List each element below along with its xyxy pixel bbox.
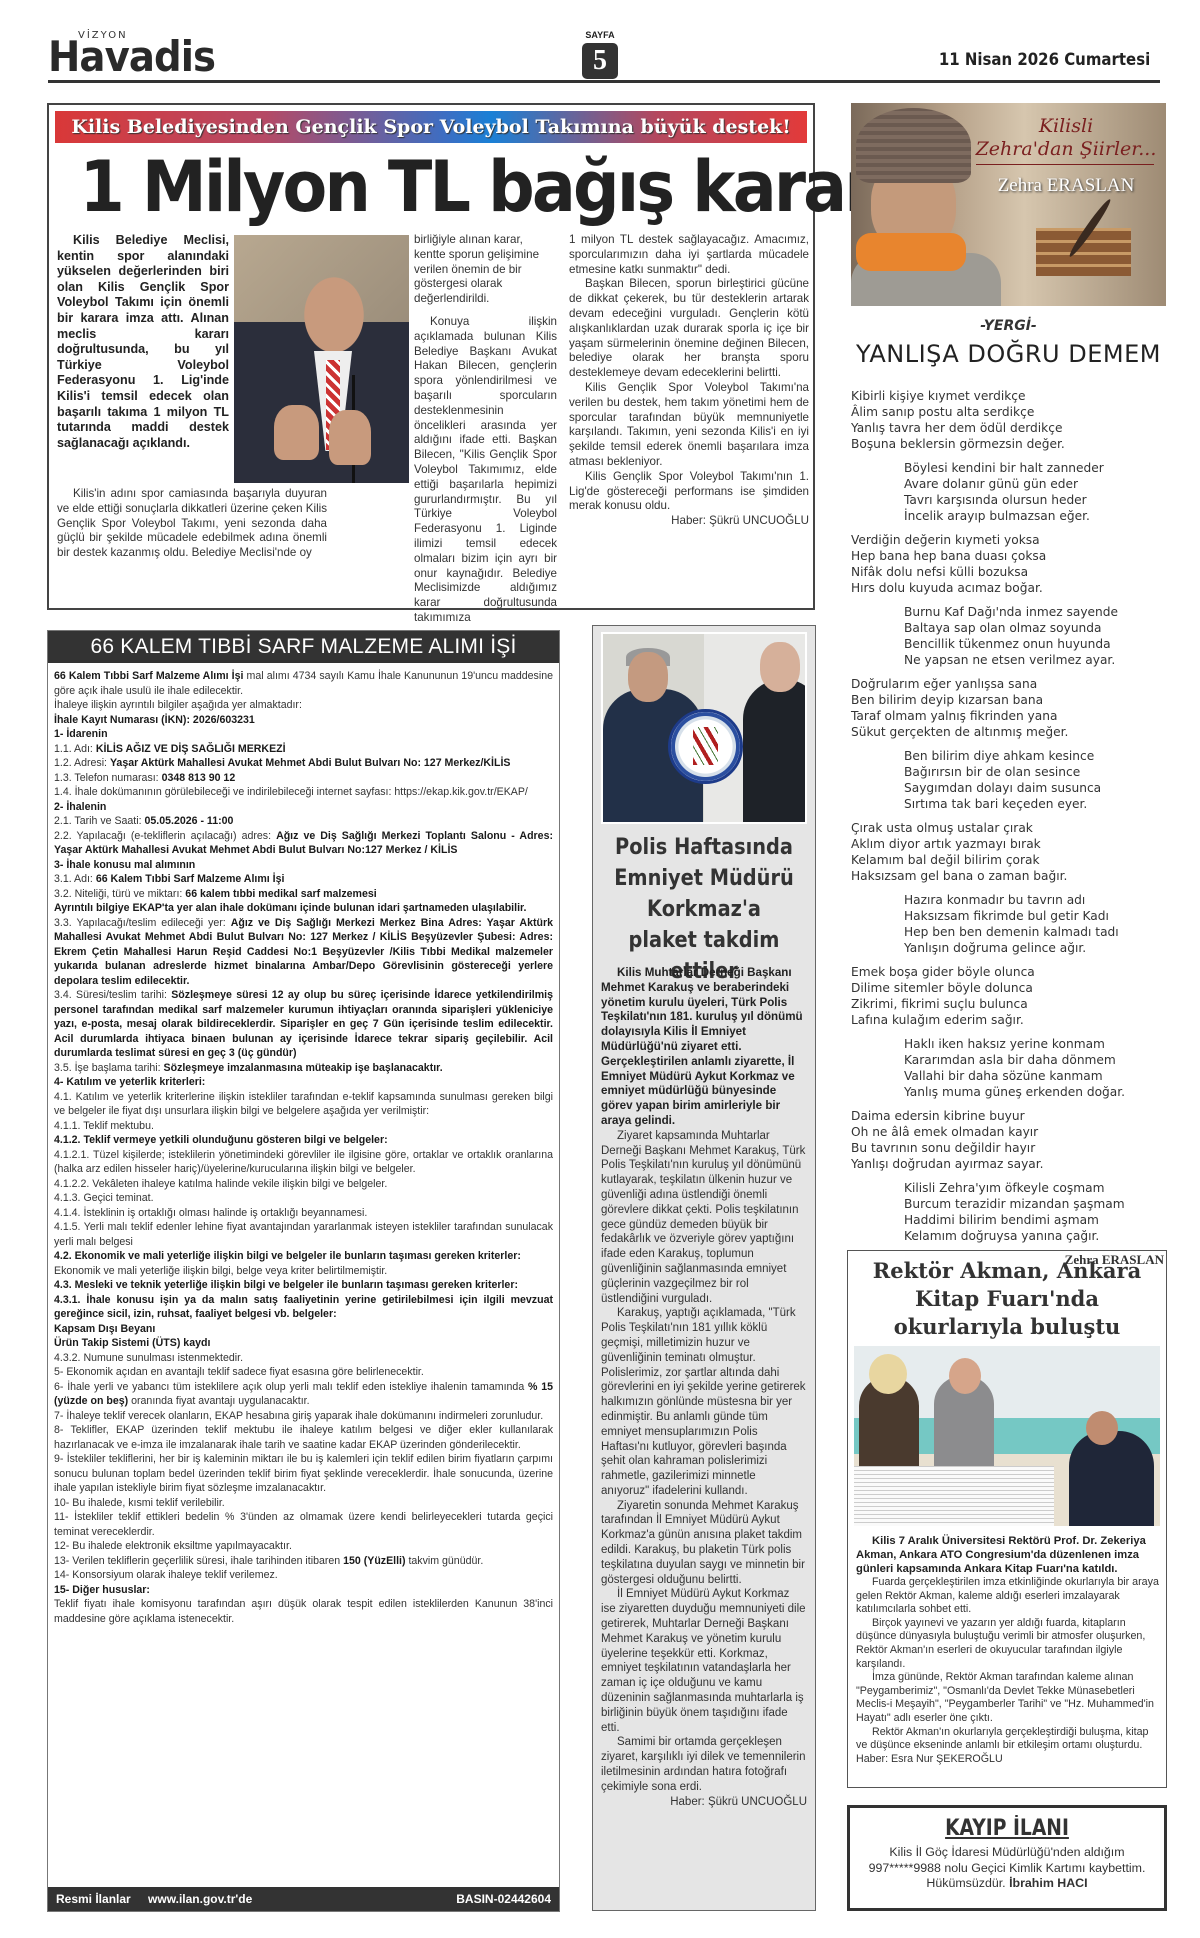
poem-line: Avare dolanır günü gün eder (904, 476, 1166, 492)
legal-text-segment: 4- Katılım ve yeterlik kriterleri: (54, 1076, 205, 1088)
poem-stanza: Hazıra konmadır bu tavrın adıHaksızsam f… (851, 892, 1166, 956)
legal-notice-line: 4- Katılım ve yeterlik kriterleri: (54, 1075, 553, 1090)
legal-notice-line: 4.1.4. İsteklinin iş ortaklığı olması ha… (54, 1206, 553, 1221)
legal-notice-line: 3.2. Niteliği, türü ve miktarı: 66 kalem… (54, 887, 553, 902)
logo-text: Havadis (48, 32, 215, 81)
legal-text-segment: 4.1.4. İsteklinin iş ortaklığı olması ha… (54, 1207, 367, 1219)
plaque-icon (668, 709, 743, 784)
poem-line: Tavrı karşısında olursun heder (904, 492, 1166, 508)
legal-text-segment: 66 kalem tıbbi medikal sarf malzemesi (185, 888, 376, 900)
legal-text-segment: 150 (YüzElli) (343, 1555, 405, 1567)
banner-title-line: Zehra'dan Şiirler... (971, 138, 1161, 161)
poem-line: Emek boşa gider böyle olunca (851, 964, 1166, 980)
poem-line: Dilime sitemler böyle dolunca (851, 980, 1166, 996)
legal-text-segment: 7- İhaleye teklif verecek olanların, EKA… (54, 1410, 543, 1422)
legal-notice-line: 4.3.2. Numune sunulması istenmektedir. (54, 1351, 553, 1366)
poem-stanza: Burnu Kaf Dağı'nda inmez sayendeBaltaya … (851, 604, 1166, 668)
poem-line: Kelamım doğruysa yanına çağır. (904, 1228, 1166, 1244)
article-column-2: birliğiyle alınan karar, kentte sporun g… (414, 233, 557, 307)
legal-text-segment: 3- İhale konusu mal alımının (54, 859, 195, 871)
book-fair-headline[interactable]: Rektör Akman, Ankara Kitap Fuarı'nda oku… (848, 1257, 1166, 1341)
poem-line: Zikrimi, fikrimi suçlu bulunca (851, 996, 1166, 1012)
poem-line: Bağırırsın bir de olan sesince (904, 764, 1166, 780)
scarf-shape (856, 233, 966, 271)
legal-notice-line: 1.4. İhale dokümanının görülebileceği ve… (54, 785, 553, 800)
legal-notice-line: 66 Kalem Tıbbi Sarf Malzeme Alımı İşi ma… (54, 669, 553, 698)
legal-text-segment: 4.1.2.1. Tüzel kişilerde; isteklilerin y… (54, 1149, 553, 1176)
legal-notice-line: 4.3.1. İhale konusu işin ya da malın sat… (54, 1293, 553, 1322)
article-byline: Haber: Şükrü UNCUOĞLU (569, 514, 809, 529)
poem-line: Yanlış tavra her dem ödül derdikçe (851, 420, 1166, 436)
legal-text-segment: takvim günüdür. (406, 1555, 484, 1567)
lost-notice: KAYIP İLANI Kilis İl Göç İdaresi Müdürlü… (847, 1805, 1167, 1911)
book-fair-body: Kilis 7 Aralık Üniversitesi Rektörü Prof… (856, 1534, 1160, 1766)
legal-notice-footer: Resmi İlanlar www.ilan.gov.tr'de BASIN-0… (48, 1887, 559, 1911)
legal-text-segment: 6- İhale yerli ve yabancı tüm istekliler… (54, 1381, 528, 1393)
poem-line: Burcum terazidir mizandan şaşmam (904, 1196, 1166, 1212)
legal-text-segment: 5- Ekonomik açıdan en avantajlı teklif s… (54, 1366, 424, 1378)
legal-text-segment: 4.3.1. İhale konusu işin ya da malın sat… (54, 1294, 553, 1321)
article-book-fair: Rektör Akman, Ankara Kitap Fuarı'nda oku… (847, 1250, 1167, 1788)
legal-notice-line: 15- Diğer hususlar: (54, 1583, 553, 1598)
legal-notice-line: 14- Konsorsiyum olarak ihaleye teklif ve… (54, 1568, 553, 1583)
article-paragraph: Kilis Gençlik Spor Voleybol Takımı'na ve… (569, 381, 809, 470)
legal-notice-line: 9- İstekliler tekliflerini, her bir iş k… (54, 1452, 553, 1496)
poem-line: Hep ben ben demenin kalmadı tadı (904, 924, 1166, 940)
legal-notice-line: 4.1.2.2. Vekâleten ihaleye katılma halin… (54, 1177, 553, 1192)
legal-text-segment: Ürün Takip Sistemi (ÜTS) kaydı (54, 1337, 210, 1349)
legal-text-segment: 3.3. Yapılacağı/teslim edileceği yer: (54, 917, 231, 929)
legal-text-segment: 3.1. Adı: (54, 873, 96, 885)
legal-text-segment: 2- İhalenin (54, 801, 106, 813)
books-stack-icon (854, 1466, 1054, 1526)
legal-text-segment: Ayrıntılı bilgiye EKAP'ta yer alan ihale… (54, 902, 527, 914)
poem-line: Hep bana hep bana duası çoksa (851, 548, 1166, 564)
poem-stanza: Emek boşa gider böyle oluncaDilime sitem… (851, 964, 1166, 1028)
poem-line: Saygımdan dolayı daim susunca (904, 780, 1166, 796)
legal-text-segment: 13- Verilen tekliflerin geçerlilik süres… (54, 1555, 343, 1567)
legal-text-segment: 3.2. Niteliği, türü ve miktarı: (54, 888, 185, 900)
article-paragraph: Rektör Akman'ın okurlarıyla gerçekleştir… (856, 1726, 1160, 1767)
poem-stanza: Haklı iken haksız yerine konmamKararımda… (851, 1036, 1166, 1100)
legal-notice-line: İhale Kayıt Numarası (İKN): 2026/603231 (54, 713, 553, 728)
poem-line: Yanlışı doğrudan ayırmaz sayar. (851, 1156, 1166, 1172)
poem-line: Yanlışın doğruma gelince ağır. (904, 940, 1166, 956)
article-paragraph: Ziyaretin sonunda Mehmet Karakuş tarafın… (601, 1499, 807, 1588)
legal-notice-line: 7- İhaleye teklif verecek olanların, EKA… (54, 1409, 553, 1424)
legal-notice-line: 3.4. Süresi/teslim tarihi: Sözleşmeye sü… (54, 988, 553, 1061)
legal-text-segment: 12- Bu ihalede elektronik eksiltme yapıl… (54, 1540, 292, 1552)
hat-shape (856, 108, 971, 183)
article-police-week: Polis Haftasında Emniyet Müdürü Korkmaz'… (592, 625, 816, 1911)
poem-line: Ben bilirim deyip kızarsan bana (851, 692, 1166, 708)
poem-line: Daima edersin kibrine buyur (851, 1108, 1166, 1124)
legal-text-segment: 66 Kalem Tıbbi Sarf Malzeme Alımı İşi (54, 670, 243, 682)
poem-stanza: Çırak usta olmuş ustalar çırakAklım diyo… (851, 820, 1166, 884)
poem-line: Oh ne âlâ emek olmadan kayır (851, 1124, 1166, 1140)
legal-text-segment: 2.1. Tarih ve Saati: (54, 815, 145, 827)
book-fair-lead: Kilis 7 Aralık Üniversitesi Rektörü Prof… (856, 1534, 1160, 1576)
poem-line: Kibirli kişiye kıymet verdikçe (851, 388, 1166, 404)
poem-line: Kilisli Zehra'yım öfkeyle coşmam (904, 1180, 1166, 1196)
legal-text-segment: Yaşar Aktürk Mahallesi Avukat Mehmet Abd… (110, 757, 511, 769)
poem-line: Kelamım bal değil bilirim çorak (851, 852, 1166, 868)
article-column-2-continued: Konuya ilişkin açıklamada bulunan Kilis … (339, 315, 557, 626)
lost-notice-title: KAYIP İLANI (874, 1816, 1141, 1841)
poem-stanza: Doğrularım eğer yanlışsa sanaBen bilirim… (851, 676, 1166, 740)
legal-text-segment: 15- Diğer hususlar: (54, 1584, 150, 1596)
legal-notice-line: 4.1.2. Teklif vermeye yetkili olunduğunu… (54, 1133, 553, 1148)
article-paragraph: Fuarda gerçekleştirilen imza etkinliğind… (856, 1576, 1160, 1617)
legal-notice-title: 66 KALEM TIBBİ SARF MALZEME ALIMI İŞİ (48, 631, 559, 663)
poem-genre-tag: -YERGİ- (851, 318, 1166, 334)
head-shape (869, 1354, 907, 1394)
legal-text-segment: 2.2. Yapılacağı (e-tekliflerin açılacağı… (54, 830, 276, 842)
poem-stanza: Ben bilirim diye ahkam kesinceBağırırsın… (851, 748, 1166, 812)
article-paragraph: Karakuş, yaptığı açıklamada, "Türk Polis… (601, 1306, 807, 1498)
legal-notice-line: Ürün Takip Sistemi (ÜTS) kaydı (54, 1336, 553, 1351)
legal-text-segment: 11- İstekliler teklif ettikleri bedelin … (54, 1511, 553, 1538)
legal-notice-line: 2.2. Yapılacağı (e-tekliflerin açılacağı… (54, 829, 553, 858)
poem-line: Nifâk dolu nefsi külli bozuksa (851, 564, 1166, 580)
poem-line: Hazıra konmadır bu tavrın adı (904, 892, 1166, 908)
official-notices-label: Resmi İlanlar (56, 1892, 131, 1906)
poem-line: Hırs dolu kuyuda acımaz boğar. (851, 580, 1166, 596)
page-label: SAYFA (580, 30, 620, 40)
lost-notice-text: Kilis İl Göç İdaresi Müdürlüğü'nden aldı… (860, 1845, 1154, 1892)
article-paragraph: birliğiyle alınan karar, kentte sporun g… (414, 233, 557, 307)
article-paragraph: Samimi bir ortamda gerçekleşen ziyaret, … (601, 1735, 807, 1794)
legal-notice-line: 13- Verilen tekliflerin geçerlilik süres… (54, 1554, 553, 1569)
article-paragraph: Kilis Gençlik Spor Voleybol Takımı'nın 1… (569, 470, 809, 514)
article-column-3: 1 milyon TL destek sağlayacağız. Amacımı… (569, 233, 809, 529)
legal-notice-line: 12- Bu ihalede elektronik eksiltme yapıl… (54, 1539, 553, 1554)
lost-notice-owner: İbrahim HACI (1009, 1876, 1087, 1890)
head-shape (628, 652, 668, 702)
poem-line: Haklı iken haksız yerine konmam (904, 1036, 1166, 1052)
article-paragraph: Birçok yayınevi ve yazarın yer aldığı fu… (856, 1617, 1160, 1671)
legal-notice-line: 4.3. Mesleki ve teknik yeterliğe ilişkin… (54, 1278, 553, 1293)
legal-text-segment: 4.1.5. Yerli malı teklif edenler lehine … (54, 1221, 553, 1248)
legal-text-segment: Sözleşmeye imzalanmasına müteakip işe ba… (164, 1062, 443, 1074)
poem-line: Sükut gerçekten de altınmış meğer. (851, 724, 1166, 740)
legal-notice-line: 4.1. Katılım ve yeterlik kriterlerine il… (54, 1090, 553, 1119)
legal-notice-line: 2- İhalenin (54, 800, 553, 815)
poem-stanza: Daima edersin kibrine buyurOh ne âlâ eme… (851, 1108, 1166, 1172)
article-paragraph: Başkan Bilecen, sporun birleştirici gücü… (569, 277, 809, 381)
legal-text-segment: 1- İdarenin (54, 728, 108, 740)
legal-text-segment: Teklif fiyatı ihale komisyonu tarafından… (54, 1598, 553, 1625)
issue-date: 11 Nisan 2026 Cumartesi (939, 50, 1150, 70)
legal-text-segment: 1.1. Adı: (54, 743, 96, 755)
article-kicker: Kilis Belediyesinden Gençlik Spor Voleyb… (55, 111, 807, 143)
legal-notice-line: 1- İdarenin (54, 727, 553, 742)
poem-banner-image: Kilisli Zehra'dan Şiirler... Zehra ERASL… (851, 103, 1166, 306)
legal-notice-line: 1.2. Adresi: Yaşar Aktürk Mahallesi Avuk… (54, 756, 553, 771)
legal-text-segment: 4.1.2. Teklif vermeye yetkili olunduğunu… (54, 1134, 388, 1146)
legal-notice-line: Teklif fiyatı ihale komisyonu tarafından… (54, 1597, 553, 1626)
poem-line: Âlim sanıp postu alta serdikçe (851, 404, 1166, 420)
legal-notice-line: 11- İstekliler teklif ettikleri bedelin … (54, 1510, 553, 1539)
article-byline: Haber: Şükrü UNCUOĞLU (601, 1795, 807, 1810)
legal-notice-line: 4.1.1. Teklif mektubu. (54, 1119, 553, 1134)
legal-text-segment: 3.5. İşe başlama tarihi: (54, 1062, 164, 1074)
poem-line: Doğrularım eğer yanlışsa sana (851, 676, 1166, 692)
poem-line: Bencillik tükenmez onun huyunda (904, 636, 1166, 652)
poem-line: Ne yapsan ne etsen verilmez ayar. (904, 652, 1166, 668)
legal-notice-line: 8- Teklifler, EKAP üzerinden teklif mekt… (54, 1423, 553, 1452)
article-lead: Kilis Belediye Meclisi, kentin spor alan… (57, 233, 229, 451)
legal-text-segment: 4.2. Ekonomik ve mali yeterliğe ilişkin … (54, 1250, 521, 1262)
poem-line: Bu tavrının sonu değildir hayır (851, 1140, 1166, 1156)
article-column-1: Kilis Belediye Meclisi, kentin spor alan… (57, 233, 229, 451)
poem-line: Lafına kulağım ederim sağır. (851, 1012, 1166, 1028)
banner-title-line: Kilisli (971, 115, 1161, 138)
legal-text-segment: 66 Kalem Tıbbi Sarf Malzeme Alımı İşi (96, 873, 285, 885)
header-divider (48, 80, 1160, 83)
police-lead: Kilis Muhtarlar Derneği Başkanı Mehmet K… (601, 966, 807, 1129)
legal-notice-line: 1.1. Adı: KİLİS AĞIZ VE DİŞ SAĞLIĞI MERK… (54, 742, 553, 757)
legal-text-segment: 4.3. Mesleki ve teknik yeterliğe ilişkin… (54, 1279, 518, 1291)
plaque-ceremony-photo (601, 632, 807, 824)
police-officer-shape (743, 679, 807, 824)
official-notices-link[interactable]: www.ilan.gov.tr'de (148, 1892, 252, 1906)
legal-text-segment: 4.1.3. Geçici teminat. (54, 1192, 154, 1204)
police-article-body: Kilis Muhtarlar Derneği Başkanı Mehmet K… (601, 966, 807, 1809)
legal-notice-line: 2.1. Tarih ve Saati: 05.05.2026 - 11:00 (54, 814, 553, 829)
poem-stanza: Kilisli Zehra'yım öfkeyle coşmamBurcum t… (851, 1180, 1166, 1244)
poem-title[interactable]: YANLIŞA DOĞRU DEMEM (851, 340, 1166, 368)
legal-notice-line: 3.3. Yapılacağı/teslim edileceği yer: Ağ… (54, 916, 553, 989)
legal-text-segment: 4.1. Katılım ve yeterlik kriterlerine il… (54, 1091, 553, 1118)
article-volleyball: Kilis Belediyesinden Gençlik Spor Voleyb… (47, 103, 815, 610)
poem-line: Vallahi bir daha sözüne kanmam (904, 1068, 1166, 1084)
legal-text-segment: İhale Kayıt Numarası (İKN): 2026/603231 (54, 714, 255, 726)
poem-line: İncelik arayıp bulmazsan eğer. (904, 508, 1166, 524)
poem-banner-title: Kilisli Zehra'dan Şiirler... (971, 115, 1161, 161)
poem-line: Verdiğin değerin kıymeti yoksa (851, 532, 1166, 548)
legal-text-segment: İhaleye ilişkin ayrıntılı bilgiler aşağı… (54, 699, 302, 711)
head-shape (1086, 1411, 1118, 1445)
poem-banner-author: Zehra ERASLAN (976, 175, 1156, 197)
article-paragraph: Konuya ilişkin açıklamada bulunan Kilis … (339, 315, 557, 626)
legal-notice-body: 66 Kalem Tıbbi Sarf Malzeme Alımı İşi ma… (54, 669, 553, 1626)
legal-notice-line: 4.1.5. Yerli malı teklif edenler lehine … (54, 1220, 553, 1249)
article-paragraph: 1 milyon TL destek sağlayacağız. Amacımı… (569, 233, 809, 277)
masthead-logo[interactable]: VİZYON Havadis (48, 26, 248, 80)
legal-text-segment: 10- Bu ihalede, kısmi teklif verilebilir… (54, 1497, 225, 1509)
legal-text-segment: 14- Konsorsiyum olarak ihaleye teklif ve… (54, 1569, 278, 1581)
page-number-badge: 5 (582, 43, 618, 79)
poem-stanza: Böylesi kendini bir halt zannederAvare d… (851, 460, 1166, 524)
legal-notice-line: Kapsam Dışı Beyanı (54, 1322, 553, 1337)
poem-line: Haksızsam fikrimde bul getir Kadı (904, 908, 1166, 924)
press-code: BASIN-02442604 (456, 1887, 551, 1911)
rector-seated-shape (1069, 1431, 1154, 1526)
legal-notice-line: 3.5. İşe başlama tarihi: Sözleşmeye imza… (54, 1061, 553, 1076)
legal-notice-line: Ayrıntılı bilgiye EKAP'ta yer alan ihale… (54, 901, 553, 916)
head-shape (760, 642, 800, 692)
legal-notice-line: 5- Ekonomik açıdan en avantajlı teklif s… (54, 1365, 553, 1380)
legal-text-segment: 1.3. Telefon numarası: (54, 772, 162, 784)
poem-line: Kararımdan asla bir daha dönmem (904, 1052, 1166, 1068)
poem-line: Baltaya sap olan olmaz soyunda (904, 620, 1166, 636)
legal-notice-line: 3.1. Adı: 66 Kalem Tıbbi Sarf Malzeme Al… (54, 872, 553, 887)
legal-text-segment: 0348 813 90 12 (162, 772, 236, 784)
poem-line: Taraf olmam yalnış fikrinden yana (851, 708, 1166, 724)
poem-line: Boşuna beklersin görmezsin değer. (851, 436, 1166, 452)
poem-line: Böylesi kendini bir halt zanneder (904, 460, 1166, 476)
poem-line: Haksızsam gel bana o zaman bağır. (851, 868, 1166, 884)
legal-text-segment: KİLİS AĞIZ VE DİŞ SAĞLIĞI MERKEZİ (96, 743, 286, 755)
legal-text-segment: 05.05.2026 - 11:00 (145, 815, 234, 827)
legal-text-segment: Kapsam Dışı Beyanı (54, 1323, 155, 1335)
poem-line: Ben bilirim diye ahkam kesince (904, 748, 1166, 764)
legal-text-segment: oranında fiyat avantajı uygulanacaktır. (128, 1395, 309, 1407)
legal-text-segment: 1.2. Adresi: (54, 757, 110, 769)
legal-notice-line: 10- Bu ihalede, kısmi teklif verilebilir… (54, 1496, 553, 1511)
legal-text-segment: 3.4. Süresi/teslim tarihi: (54, 989, 171, 1001)
legal-notice-line: 6- İhale yerli ve yabancı tüm istekliler… (54, 1380, 553, 1409)
article-paragraph: İmza gününde, Rektör Akman tarafından ka… (856, 1671, 1160, 1725)
article-column-1-continued: Kilis'in adını spor camiasında başarıyla… (57, 487, 327, 561)
poem-line: Yanlış muma güneş erkenden doğar. (904, 1084, 1166, 1100)
legal-notice-line: 1.3. Telefon numarası: 0348 813 90 12 (54, 771, 553, 786)
poem-body: Kibirli kişiye kıymet verdikçeÂlim sanıp… (851, 388, 1166, 1268)
lost-notice-body: Kilis İl Göç İdaresi Müdürlüğü'nden aldı… (869, 1845, 1146, 1890)
poem-line: Haddimi bilirim bendimi aşmam (904, 1212, 1166, 1228)
legal-notice-line: İhaleye ilişkin ayrıntılı bilgiler aşağı… (54, 698, 553, 713)
legal-text-segment: 9- İstekliler tekliflerini, her bir iş k… (54, 1453, 553, 1494)
legal-notice-line: 4.1.2.1. Tüzel kişilerde; isteklilerin y… (54, 1148, 553, 1177)
poem-line: Aklım diyor artık yazmayı bırak (851, 836, 1166, 852)
legal-notice-line: 4.1.3. Geçici teminat. (54, 1191, 553, 1206)
article-headline[interactable]: 1 Milyon TL bağış kararı (79, 147, 782, 227)
legal-text-segment: 4.1.2.2. Vekâleten ihaleye katılma halin… (54, 1178, 387, 1190)
book-fair-photo (854, 1346, 1160, 1526)
poem-stanza: Kibirli kişiye kıymet verdikçeÂlim sanıp… (851, 388, 1166, 452)
legal-notice-line: Ekonomik ve mali yeterliğe ilişkin bilgi… (54, 1264, 553, 1279)
hand-shape (274, 405, 319, 460)
legal-text-segment: Ekonomik ve mali yeterliğe ilişkin bilgi… (54, 1265, 387, 1277)
poem-line: Çırak usta olmuş ustalar çırak (851, 820, 1166, 836)
legal-notice-line: 3- İhale konusu mal alımının (54, 858, 553, 873)
poem-stanza: Verdiğin değerin kıymeti yoksaHep bana h… (851, 532, 1166, 596)
legal-text-segment: 4.1.1. Teklif mektubu. (54, 1120, 154, 1132)
legal-notice-tender: 66 KALEM TIBBİ SARF MALZEME ALIMI İŞİ 66… (47, 630, 560, 1912)
banner-divider (976, 164, 1154, 165)
poem-line: Burnu Kaf Dağı'nda inmez sayende (904, 604, 1166, 620)
legal-text-segment: 4.3.2. Numune sunulması istenmektedir. (54, 1352, 243, 1364)
legal-notice-line: 4.2. Ekonomik ve mali yeterliğe ilişkin … (54, 1249, 553, 1264)
legal-text-segment: 8- Teklifler, EKAP üzerinden teklif mekt… (54, 1424, 553, 1451)
article-paragraph: İl Emniyet Müdürü Aykut Korkmaz ise ziya… (601, 1587, 807, 1735)
police-headline[interactable]: Polis Haftasında Emniyet Müdürü Korkmaz'… (612, 832, 797, 987)
article-paragraph: Kilis'in adını spor camiasında başarıyla… (57, 487, 327, 561)
legal-text-segment: 1.4. İhale dokümanının görülebileceği ve… (54, 786, 528, 798)
poem-line: Sırtıma tak bari keçeden eyer. (904, 796, 1166, 812)
head-shape (949, 1358, 981, 1394)
article-paragraph: Ziyaret kapsamında Muhtarlar Derneği Baş… (601, 1129, 807, 1307)
